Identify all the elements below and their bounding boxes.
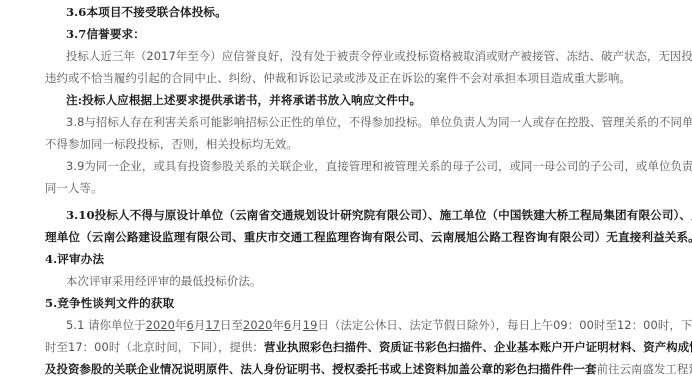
section-3-8-line-1: 3.8与招标人存在利害关系可能影响招标公正性的单位，不得参加投标。单位负责人为同… xyxy=(66,112,692,132)
section-3-6-joint-bid: 3.6本项目不接受联合体投标。 xyxy=(66,2,227,22)
section-5-1-hours: 日（法定公休日、法定节假日除外），每日上午09：00时至12：00时，下午13：… xyxy=(317,318,692,332)
section-4-body: 本次评审采用经评审的最低投标价法。 xyxy=(66,271,261,291)
section-3-7-paragraph-line-1: 投标人近三年（2017年至今）应信誉良好，没有处于被责令停业或投标资格被取消或财… xyxy=(66,46,692,66)
section-3-8-line-2: 不得参加同一标段投标，否则，相关投标均无效。 xyxy=(45,134,298,154)
section-3-7-paragraph-line-2: 违约或不恰当履约引起的合同中止、纠纷、仲裁和诉讼记录或涉及正在诉讼的案件不会对承… xyxy=(45,68,631,88)
section-5-1-time-text: 时至17：00时（北京时间，下同），提供： xyxy=(45,340,264,354)
section-5-1-line-1: 5.1 请你单位于2020年6月17日至2020年6月19日（法定公休日、法定节… xyxy=(66,315,692,335)
month-label: 月 xyxy=(194,318,206,332)
section-5-title: 5.竞争性谈判文件的获取 xyxy=(45,293,174,313)
required-documents-part-2: 及投资参股的关联企业情况说明原件、法人身份证明书、授权委托书或上述资料加盖公章的… xyxy=(45,362,597,376)
section-3-7-note: 注:投标人应根据上述要求提供承诺书，并将承诺书放入响应文件中。 xyxy=(66,90,421,110)
end-year: 2020 xyxy=(243,318,272,332)
start-month: 6 xyxy=(186,318,193,332)
section-3-7-title: 3.7信誉要求： xyxy=(66,24,145,44)
year-label: 年 xyxy=(175,318,187,332)
month-label: 月 xyxy=(291,318,303,332)
end-day: 19 xyxy=(303,318,318,332)
section-3-10-line-1: 3.10投标人不得与原设计单位（云南省交通规划设计研究院有限公司）、施工单位（中… xyxy=(66,205,692,225)
section-3-9-line-2: 同一人等。 xyxy=(45,178,102,198)
section-5-1-line-2: 时至17：00时（北京时间，下同），提供：营业执照彩色扫描件、资质证书彩色扫描件… xyxy=(45,337,692,357)
section-5-1-line-3: 及投资参股的关联企业情况说明原件、法人身份证明书、授权委托书或上述资料加盖公章的… xyxy=(45,359,692,379)
section-5-1-prefix: 5.1 请你单位于 xyxy=(66,318,146,332)
day-to-label: 日至 xyxy=(220,318,243,332)
start-day: 17 xyxy=(205,318,220,332)
year-label: 年 xyxy=(272,318,284,332)
section-3-9-line-1: 3.9为同一企业，或具有投资参股关系的关联企业，直接管理和被管理关系的母子公司，… xyxy=(66,156,692,176)
start-year: 2020 xyxy=(146,318,175,332)
required-documents-part-1: 营业执照彩色扫描件、资质证书彩色扫描件、企业基本账户开户证明材料、资产构成情况 xyxy=(264,340,692,354)
section-4-title: 4.评审办法 xyxy=(45,249,104,269)
section-3-10-line-2: 理单位（云南公路建设监理有限公司、重庆市交通工程监理咨询有限公司、云南展旭公路工… xyxy=(45,227,692,247)
section-5-1-destination: 前往云南盛发工程建 xyxy=(597,362,692,376)
